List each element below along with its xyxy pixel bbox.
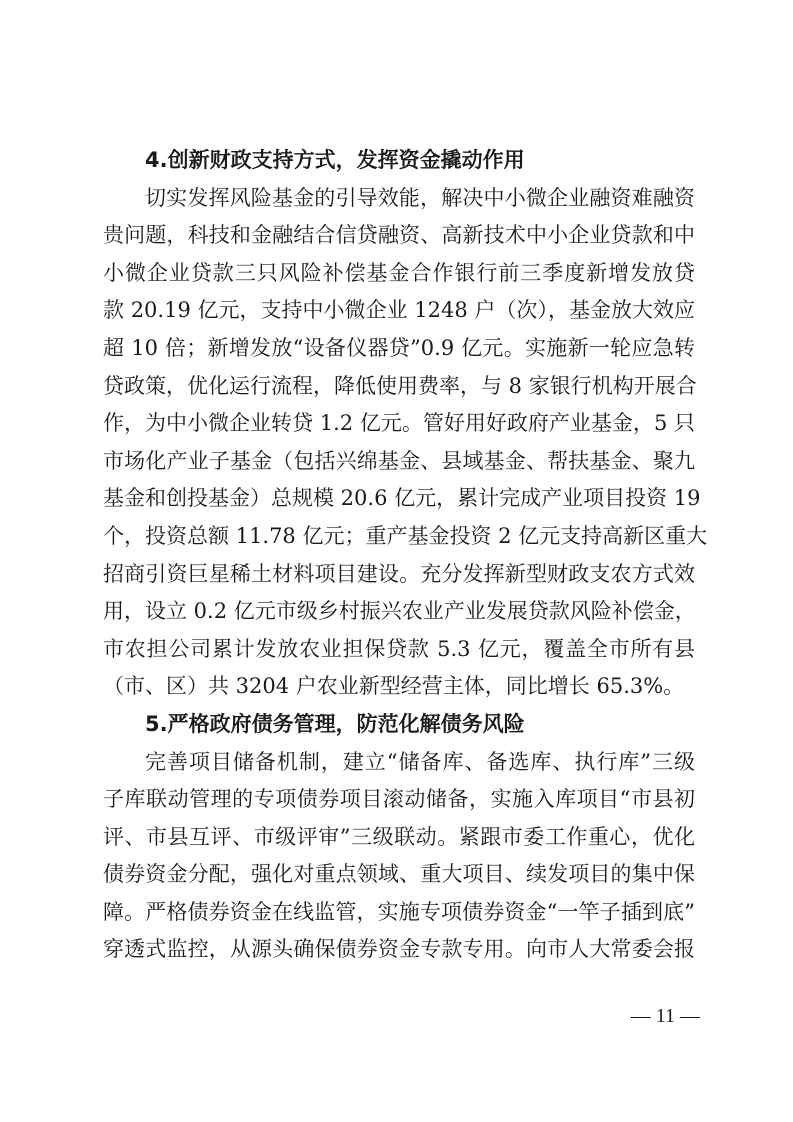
page-number: — 11 — [620,1005,700,1028]
section-4-heading: 4.创新财政支持方式，发挥资金撬动作用 [103,142,695,180]
paragraph-line: 市场化产业子基金（包括兴绵基金、县域基金、帮扶基金、聚九 [103,443,695,481]
paragraph-line: 完善项目储备机制，建立“储备库、备选库、执行库”三级 [103,744,695,782]
paragraph-line: 穿透式监控，从源头确保债券资金专款专用。向市人大常委会报 [103,931,695,969]
paragraph-line: （市、区）共 3204 户农业新型经营主体，同比增长 65.3%。 [103,668,695,706]
paragraph-line: 用，设立 0.2 亿元市级乡村振兴农业产业发展贷款风险补偿金， [103,593,695,631]
paragraph-line: 子库联动管理的专项债券项目滚动储备，实施入库项目“市县初 [103,781,695,819]
paragraph-line: 超 10 倍；新增发放“设备仪器贷”0.9 亿元。实施新一轮应急转 [103,330,695,368]
paragraph-line: 债券资金分配，强化对重点领域、重大项目、续发项目的集中保 [103,856,695,894]
body-text: 4.创新财政支持方式，发挥资金撬动作用 切实发挥风险基金的引导效能，解决中小微企… [103,142,695,969]
paragraph-line: 款 20.19 亿元，支持中小微企业 1248 户（次），基金放大效应 [103,292,695,330]
paragraph-line: 评、市县互评、市级评审”三级联动。紧跟市委工作重心，优化 [103,819,695,857]
paragraph-line: 切实发挥风险基金的引导效能，解决中小微企业融资难融资 [103,180,695,218]
paragraph-line: 小微企业贷款三只风险补偿基金合作银行前三季度新增发放贷 [103,255,695,293]
section-5-heading: 5.严格政府债务管理，防范化解债务风险 [103,706,695,744]
paragraph-line: 贵问题，科技和金融结合信贷融资、高新技术中小企业贷款和中 [103,217,695,255]
paragraph-line: 个，投资总额 11.78 亿元；重产基金投资 2 亿元支持高新区重大 [103,518,695,556]
document-page: 4.创新财政支持方式，发挥资金撬动作用 切实发挥风险基金的引导效能，解决中小微企… [0,0,793,1122]
paragraph-line: 贷政策，优化运行流程，降低使用费率，与 8 家银行机构开展合 [103,368,695,406]
paragraph-line: 招商引资巨星稀土材料项目建设。充分发挥新型财政支农方式效 [103,556,695,594]
paragraph-line: 基金和创投基金）总规模 20.6 亿元，累计完成产业项目投资 19 [103,480,695,518]
paragraph-line: 市农担公司累计发放农业担保贷款 5.3 亿元，覆盖全市所有县 [103,631,695,669]
paragraph-line: 障。严格债券资金在线监管，实施专项债券资金“一竿子插到底” [103,894,695,932]
paragraph-line: 作，为中小微企业转贷 1.2 亿元。管好用好政府产业基金，5 只 [103,405,695,443]
